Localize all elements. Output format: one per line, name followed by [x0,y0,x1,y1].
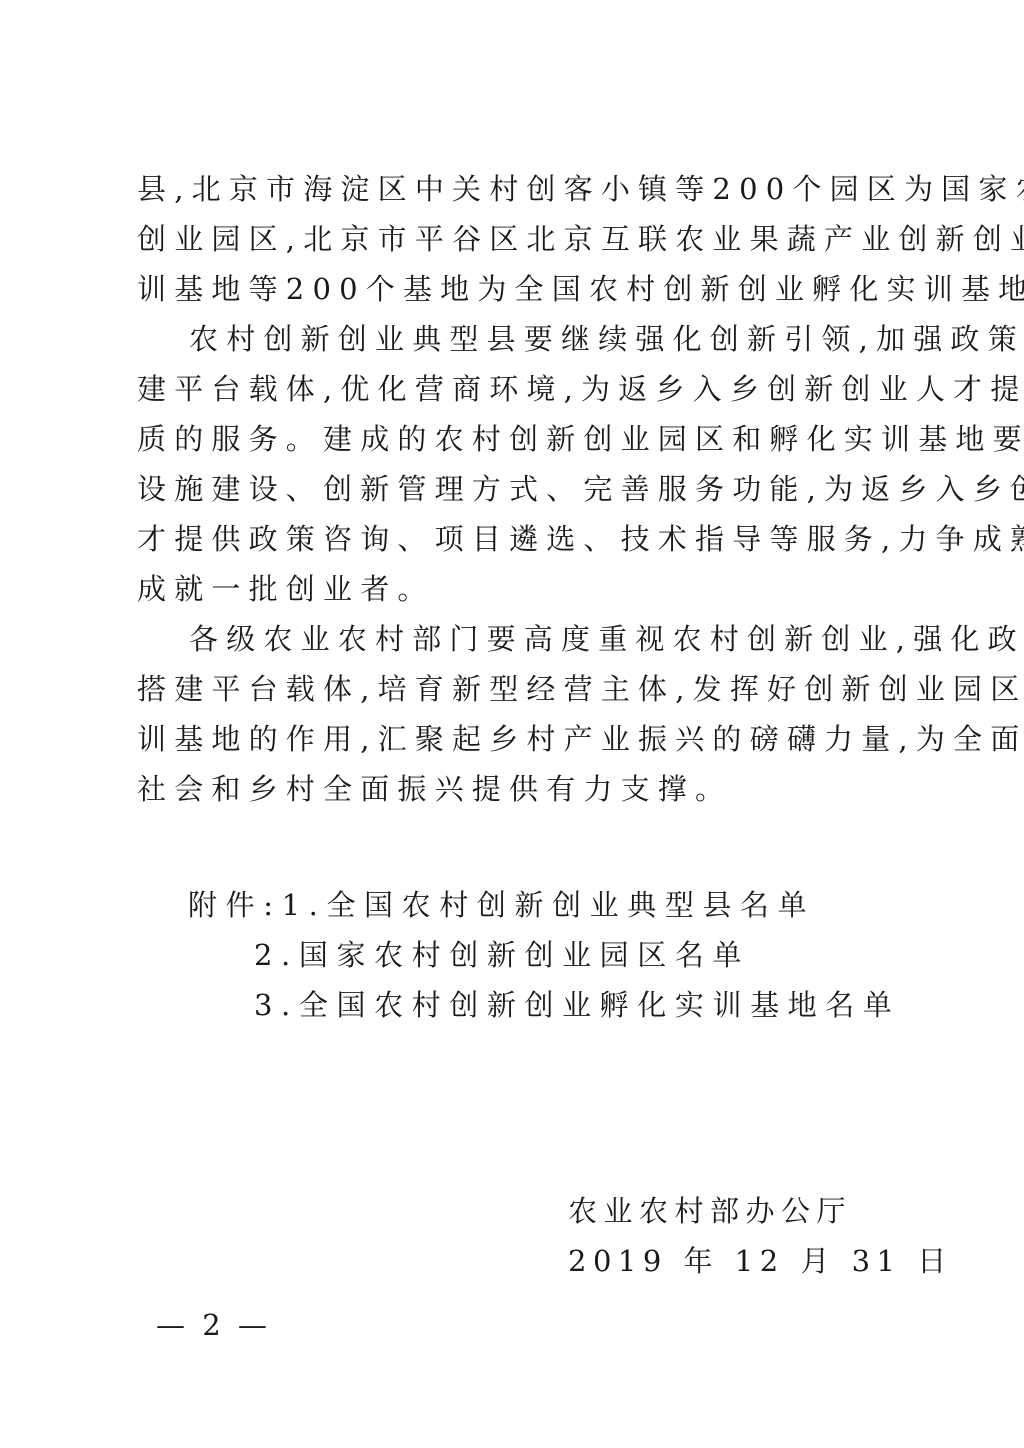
attachment-item-2: 2.国家农村创新创业园区名单 [188,930,900,980]
paragraph-3-line-2: 搭建平台载体,培育新型经营主体,发挥好创新创业园区和孵化实 [137,664,897,714]
paragraph-1-line-2: 创业园区,北京市平谷区北京互联农业果蔬产业创新创业孵化实 [137,214,897,264]
paragraph-2-line-3: 质的服务。建成的农村创新创业园区和孵化实训基地要继续强化 [137,414,897,464]
paragraph-2-line-6: 成就一批创业者。 [137,564,897,614]
attachment-item-3: 3.全国农村创新创业孵化实训基地名单 [188,980,900,1030]
document-page: 县,北京市海淀区中关村创客小镇等200个园区为国家农村创新 创业园区,北京市平谷… [0,0,1024,1448]
paragraph-2-line-2: 建平台载体,优化营商环境,为返乡入乡创新创业人才提供高效优 [137,364,897,414]
paragraph-3-line-1: 各级农业农村部门要高度重视农村创新创业,强化政策扶持, [137,614,897,664]
issue-date: 2019 年 12 月 31 日 [568,1236,953,1286]
attachment-item-1-text: 1.全国农村创新创业典型县名单 [282,888,816,922]
paragraph-2-line-1: 农村创新创业典型县要继续强化创新引领,加强政策创设,搭 [137,314,897,364]
paragraph-3-line-4: 社会和乡村全面振兴提供有力支撑。 [137,764,897,814]
paragraph-2-line-4: 设施建设、创新管理方式、完善服务功能,为返乡入乡创新创业人 [137,464,897,514]
document-body: 县,北京市海淀区中关村创客小镇等200个园区为国家农村创新 创业园区,北京市平谷… [137,164,897,814]
issuing-organization: 农业农村部办公厅 [568,1186,953,1236]
paragraph-1-line-3: 训基地等200个基地为全国农村创新创业孵化实训基地。 [137,264,897,314]
attachments-label: 附件: [188,888,282,922]
paragraph-3-line-3: 训基地的作用,汇聚起乡村产业振兴的磅礴力量,为全面建成小康 [137,714,897,764]
signature-block: 农业农村部办公厅 2019 年 12 月 31 日 [568,1186,953,1286]
attachment-item-1: 附件:1.全国农村创新创业典型县名单 [188,880,900,930]
page-number: — 2 — [156,1300,271,1350]
attachments-list: 附件:1.全国农村创新创业典型县名单 2.国家农村创新创业园区名单 3.全国农村… [188,880,900,1030]
paragraph-1-line-1: 县,北京市海淀区中关村创客小镇等200个园区为国家农村创新 [137,164,897,214]
paragraph-2-line-5: 才提供政策咨询、项目遴选、技术指导等服务,力争成熟一批项目、 [137,514,897,564]
